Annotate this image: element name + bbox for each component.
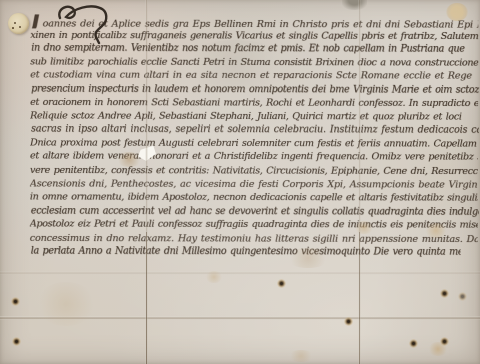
worm-hole <box>440 289 449 298</box>
manuscript-text-line: presencium inspecturis in laudem et hono… <box>31 82 479 97</box>
manuscript-text-line: in dno sempiternam. Venientibz nos notum… <box>31 41 479 56</box>
fold-line-horizontal <box>0 316 480 320</box>
manuscript-text-line: Joannes dei et Aplice sedis gra Eps Bell… <box>30 14 478 29</box>
manuscript-text-line: et custodiam vina cum altari in ea sita … <box>30 69 478 84</box>
worm-hole <box>458 292 467 301</box>
manuscript-text-line: sub limitibz parochialis ecclie Sancti P… <box>30 55 478 70</box>
manuscript-text-line: sacras in ipso altari inclusas, sepeliri… <box>31 123 479 138</box>
worm-hole <box>409 339 418 348</box>
manuscript-text-line: Dnica proxima post festum Augusti celebr… <box>30 136 478 151</box>
manuscript-text-line: Ascensionis dni, Penthecostes, ac vicesi… <box>30 177 478 192</box>
fold-line-horizontal-faint <box>0 271 480 275</box>
stain <box>36 282 96 326</box>
manuscript-text: Joannes dei et Aplice sedis gra Eps Bell… <box>30 14 479 261</box>
worm-hole <box>440 337 449 346</box>
worm-hole <box>344 317 353 326</box>
tear-top-edge <box>342 0 367 10</box>
worm-hole <box>12 337 21 346</box>
manuscript-text-line: ecclesiam cum accesserint vel ad hanc se… <box>31 204 479 219</box>
worm-hole <box>277 279 286 288</box>
manuscript-photo: Joannes dei et Aplice sedis gra Eps Bell… <box>0 0 480 364</box>
manuscript-text-line: Apostoloz eiz Petri et Pauli confessoz s… <box>30 218 478 233</box>
stain <box>288 350 314 362</box>
manuscript-text-line: in omne ornamentu, ibidem Apostoloz, nec… <box>30 191 478 206</box>
manuscript-text-line: la perlata Anno a Nativitate dni Millesi… <box>31 244 461 259</box>
stain <box>205 271 223 283</box>
manuscript-text-line: et altare ibidem venerari honorari et a … <box>30 150 478 165</box>
seal-remnant <box>8 13 29 34</box>
worm-hole <box>11 297 20 306</box>
